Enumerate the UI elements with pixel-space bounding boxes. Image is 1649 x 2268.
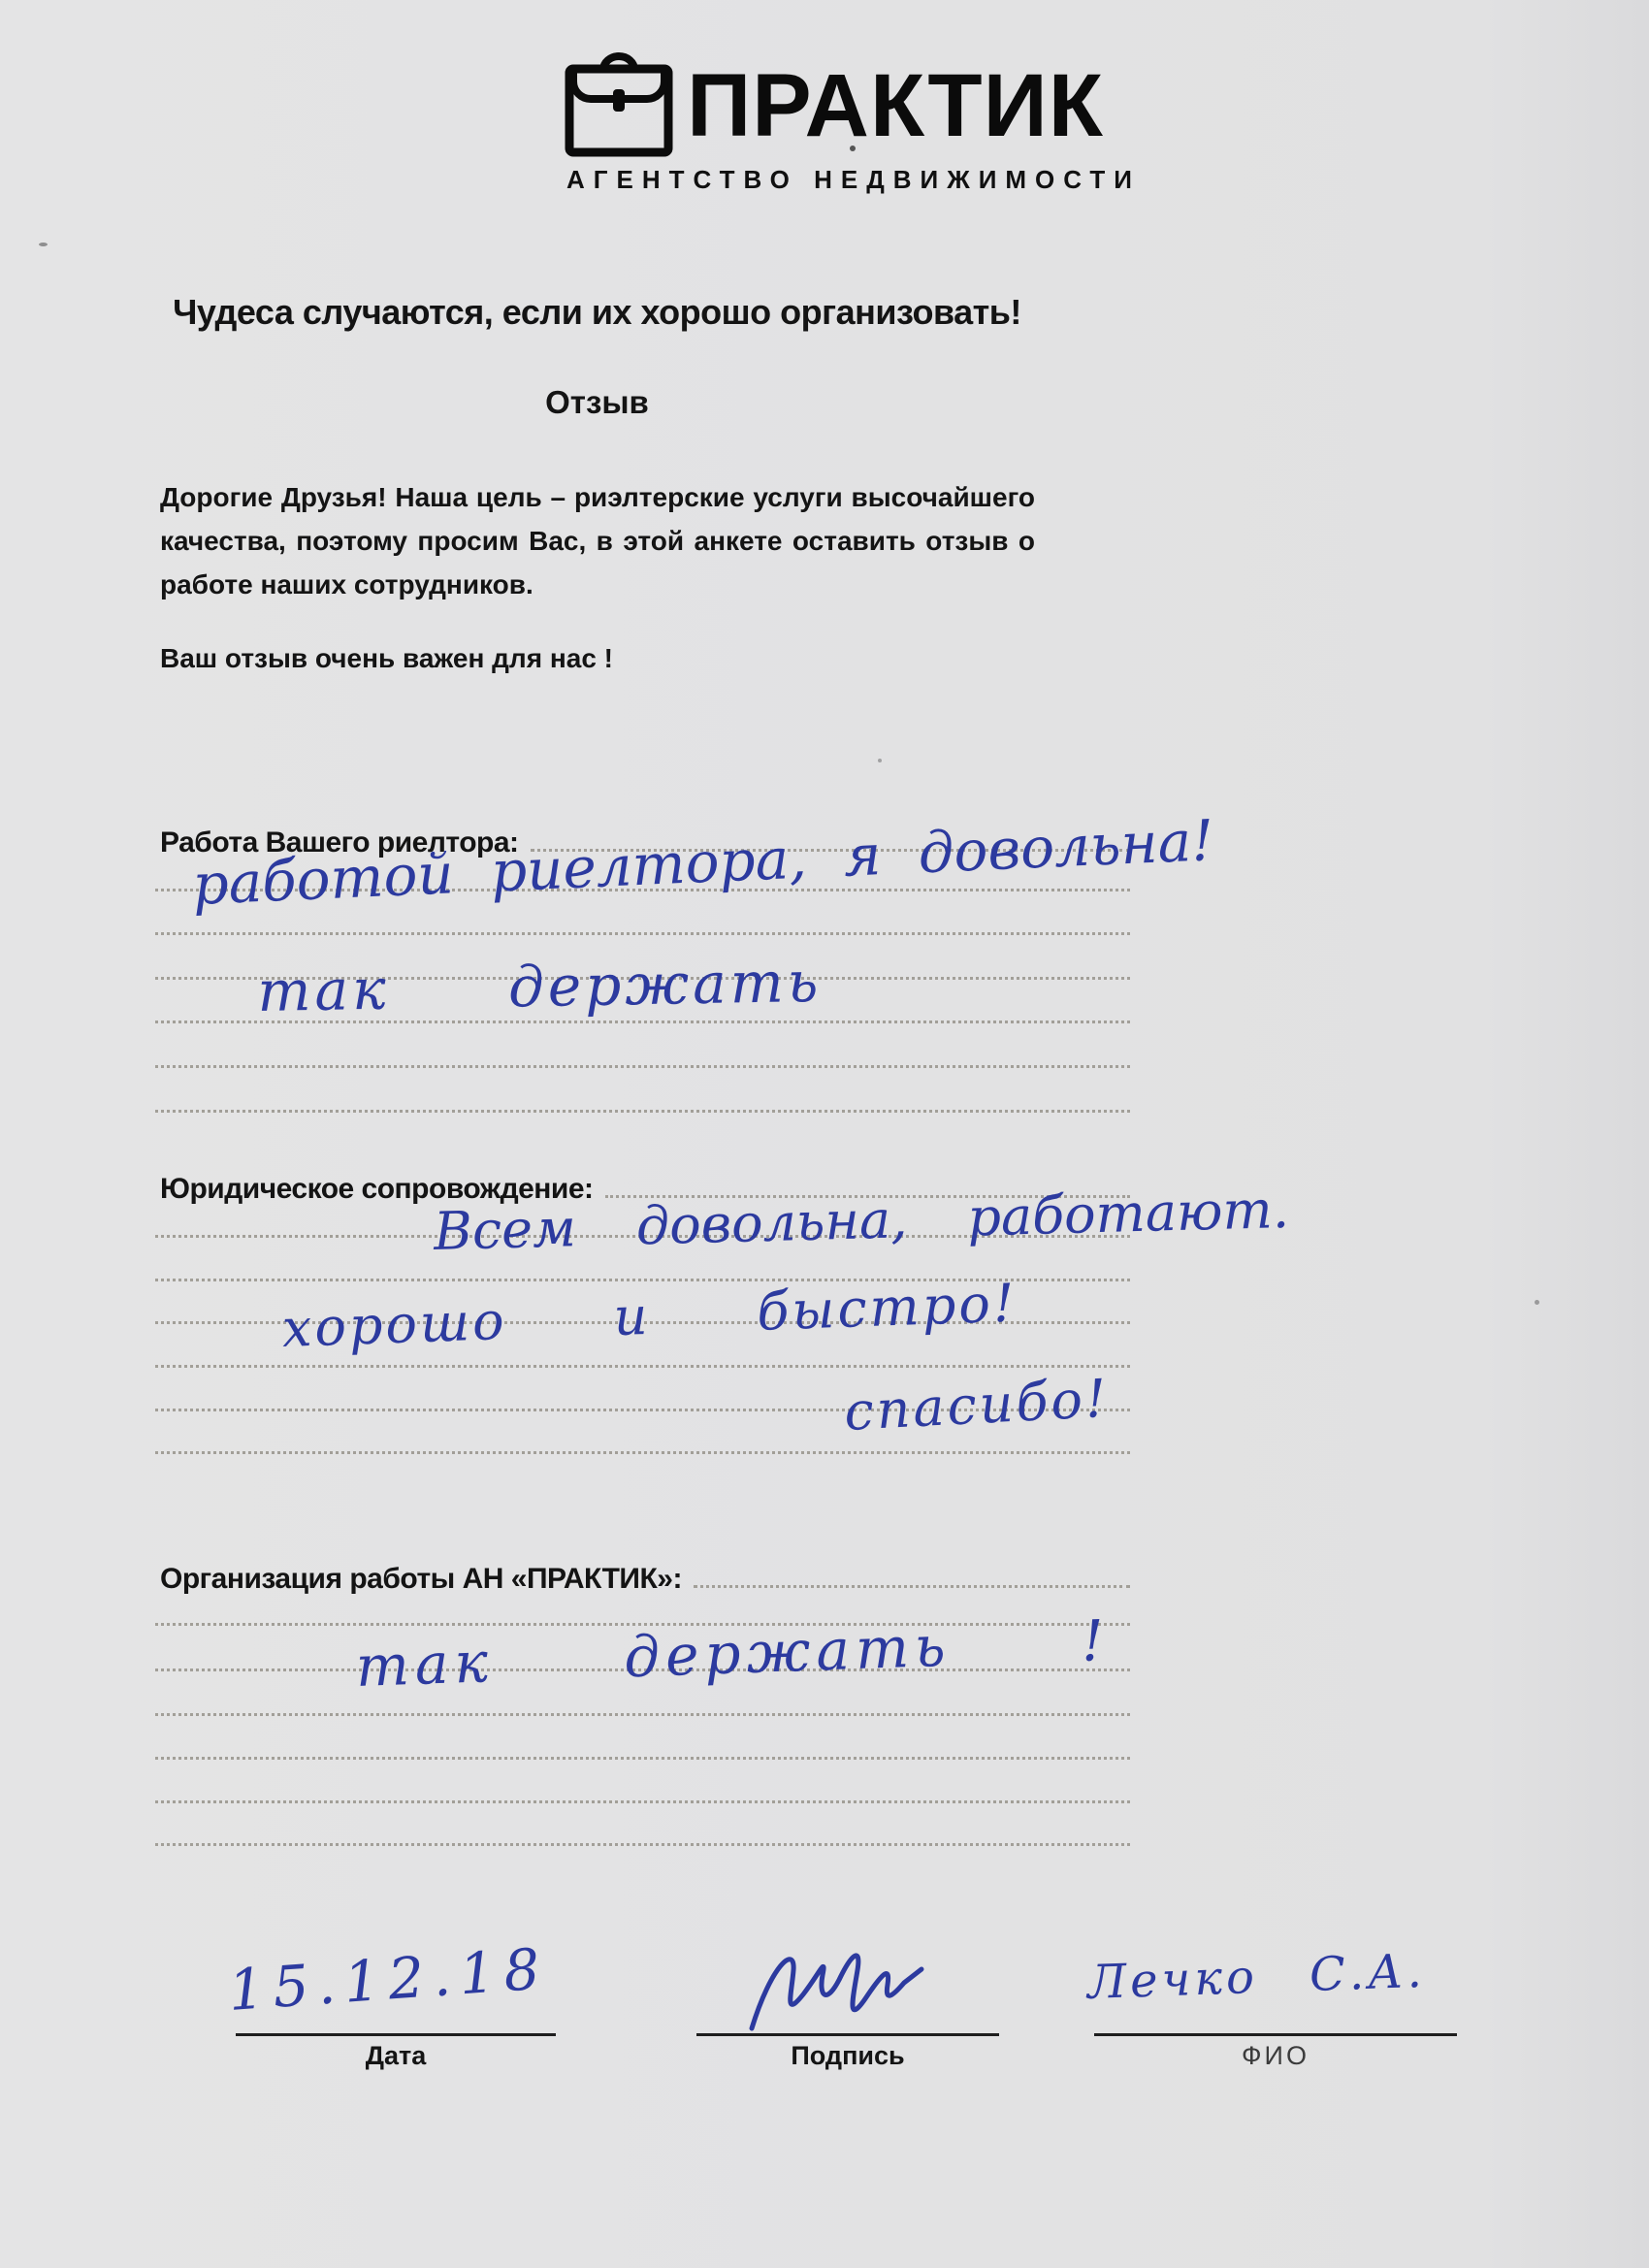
question-label: Организация работы АН «ПРАКТИК»: (160, 1563, 682, 1596)
handwritten-answer: так держать (257, 949, 823, 1024)
question-row-organization: Организация работы АН «ПРАКТИК»: (160, 1563, 1130, 1596)
handwritten-answer: спасибо! (843, 1368, 1111, 1442)
name-label: ФИО (1094, 2041, 1457, 2071)
date-signature-line (236, 2033, 556, 2036)
name-signature-line (1094, 2033, 1457, 2036)
date-label: Дата (236, 2041, 556, 2071)
intro-note: Ваш отзыв очень важен для нас ! (160, 643, 613, 674)
handwritten-answer: так держать ! (355, 1607, 1112, 1700)
slogan: Чудеса случаются, если их хорошо организ… (158, 292, 1036, 333)
answer-ruled-line (155, 1451, 1130, 1454)
signature-scribble (737, 1936, 960, 2048)
signature-label: Подпись (696, 2041, 999, 2071)
brand-name: ПРАКТИК (687, 61, 1104, 150)
scan-speck (39, 243, 48, 246)
answer-ruled-line (155, 1800, 1130, 1803)
answer-ruled-line (155, 1713, 1130, 1716)
answer-ruled-line (155, 1757, 1130, 1760)
answer-ruled-line (155, 1843, 1130, 1846)
answer-ruled-line (155, 1365, 1130, 1368)
signature-line (696, 2033, 999, 2036)
form-title: Отзыв (158, 384, 1036, 421)
handwritten-answer: хорошо и быстро! (281, 1273, 1018, 1359)
handwritten-answer: работой риелтора, я довольна! (191, 807, 1215, 918)
scanned-feedback-form-page: ПРАКТИК АГЕНТСТВО НЕДВИЖИМОСТИ Чудеса сл… (0, 0, 1649, 2268)
agency-logo: ПРАКТИК (10, 49, 1649, 162)
answer-ruled-line (155, 1110, 1130, 1113)
briefcase-icon (565, 49, 673, 162)
scan-speck (1535, 1300, 1539, 1305)
scan-speck (850, 146, 856, 151)
answer-ruled-line (155, 1065, 1130, 1068)
intro-paragraph: Дорогие Друзья! Наша цель – риэлтерские … (160, 475, 1035, 606)
brand-subtitle: АГЕНТСТВО НЕДВИЖИМОСТИ (29, 165, 1649, 195)
dotted-filler (694, 1585, 1130, 1588)
scan-speck (878, 759, 882, 762)
handwritten-date: 15.12.18 (226, 1935, 550, 2024)
answer-ruled-line (155, 932, 1130, 935)
handwritten-name: Лечко С.А. (1086, 1944, 1426, 2010)
